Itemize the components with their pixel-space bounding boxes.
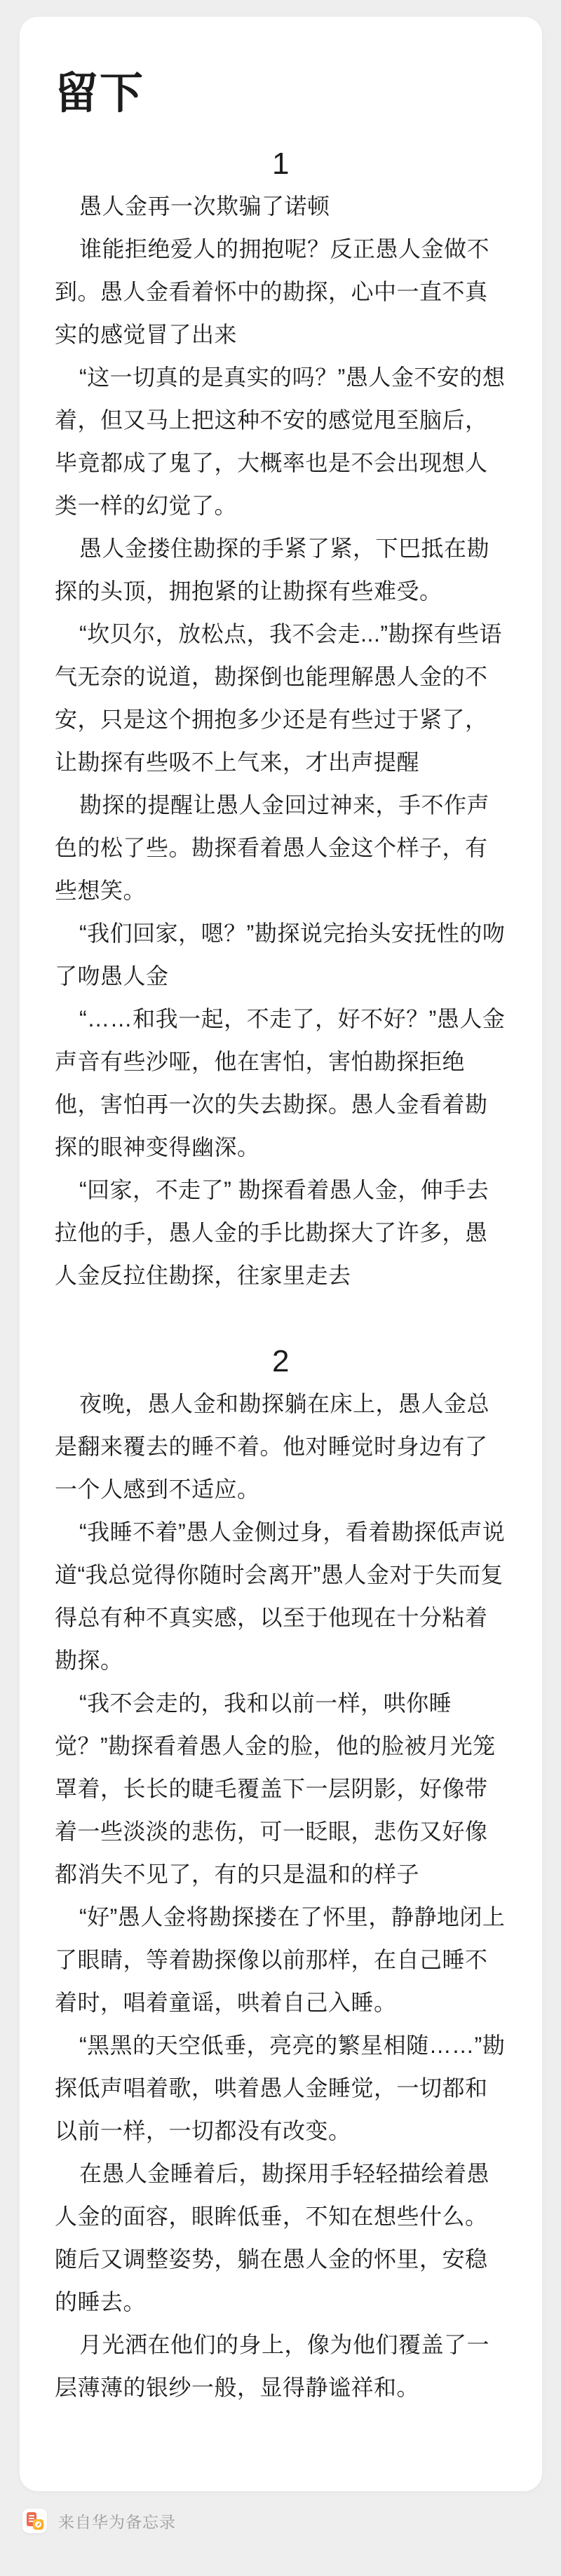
section-1-paragraph: 愚人金搂住勘探的手紧了紧，下巴抵在勘探的头顶，拥抱紧的让勘探有些难受。 [55, 527, 507, 613]
section-1-paragraph: 愚人金再一次欺骗了诺顿 [55, 185, 507, 228]
page-background: { "page": { "background_color": "#EEEEEE… [0, 0, 561, 2576]
section-2-paragraph: “好”愚人金将勘探搂在了怀里，静静地闭上了眼睛，等着勘探像以前那样，在自己睡不着… [55, 1896, 507, 2024]
section-1-paragraph: “这一切真的是真实的吗？”愚人金不安的想着，但又马上把这种不安的感觉甩至脑后，毕… [55, 356, 507, 527]
share-footer[interactable]: 来自华为备忘录 [22, 2509, 176, 2533]
section-2-paragraph: 夜晚，愚人金和勘探躺在床上，愚人金总是翻来覆去的睡不着。他对睡觉时身边有了一个人… [55, 1383, 507, 1511]
section-1-paragraph: “坎贝尔，放松点，我不会走...”勘探有些语气无奈的说道，勘探倒也能理解愚人金的… [55, 613, 507, 784]
notes-pencil-pad-icon [33, 2519, 43, 2530]
section-2-paragraph: 月光洒在他们的身上，像为他们覆盖了一层薄薄的银纱一般，显得静谧祥和。 [55, 2324, 507, 2409]
note-card: 留下 1 愚人金再一次欺骗了诺顿 谁能拒绝爱人的拥抱呢？反正愚人金做不到。愚人金… [20, 17, 542, 2491]
section-2-paragraph: 在愚人金睡着后，勘探用手轻轻描绘着愚人金的面容，眼眸低垂，不知在想些什么。随后又… [55, 2153, 507, 2324]
share-source-label: 来自华为备忘录 [58, 2509, 176, 2533]
section-2-paragraph: “我不会走的，我和以前一样，哄你睡觉？”勘探看着愚人金的脸，他的脸被月光笼罩着，… [55, 1682, 507, 1896]
section-1-paragraph: “回家，不走了” 勘探看着愚人金，伸手去拉他的手，愚人金的手比勘探大了许多，愚人… [55, 1169, 507, 1297]
note-body: 1 愚人金再一次欺骗了诺顿 谁能拒绝爱人的拥抱呢？反正愚人金做不到。愚人金看着怀… [55, 142, 507, 2409]
section-2-paragraph: “黑黑的天空低垂，亮亮的繁星相随……”勘探低声唱着歌，哄着愚人金睡觉，一切都和以… [55, 2024, 507, 2153]
section-1-paragraph: “我们回家，嗯？”勘探说完抬头安抚性的吻了吻愚人金 [55, 912, 507, 998]
section-1-paragraph: 勘探的提醒让愚人金回过神来，手不作声色的松了些。勘探看着愚人金这个样子，有些想笑… [55, 784, 507, 912]
note-title: 留下 [55, 63, 507, 124]
section-2-number: 2 [55, 1340, 507, 1383]
huawei-notes-icon [22, 2509, 47, 2533]
section-2-paragraph: “我睡不着”愚人金侧过身，看着勘探低声说道“我总觉得你随时会离开”愚人金对于失而… [55, 1511, 507, 1682]
section-1-paragraph: 谁能拒绝爱人的拥抱呢？反正愚人金做不到。愚人金看着怀中的勘探，心中一直不真实的感… [55, 228, 507, 356]
section-1-number: 1 [55, 142, 507, 185]
section-1-paragraph: “……和我一起，不走了，好不好？”愚人金声音有些沙哑，他在害怕，害怕勘探拒绝他，… [55, 998, 507, 1169]
